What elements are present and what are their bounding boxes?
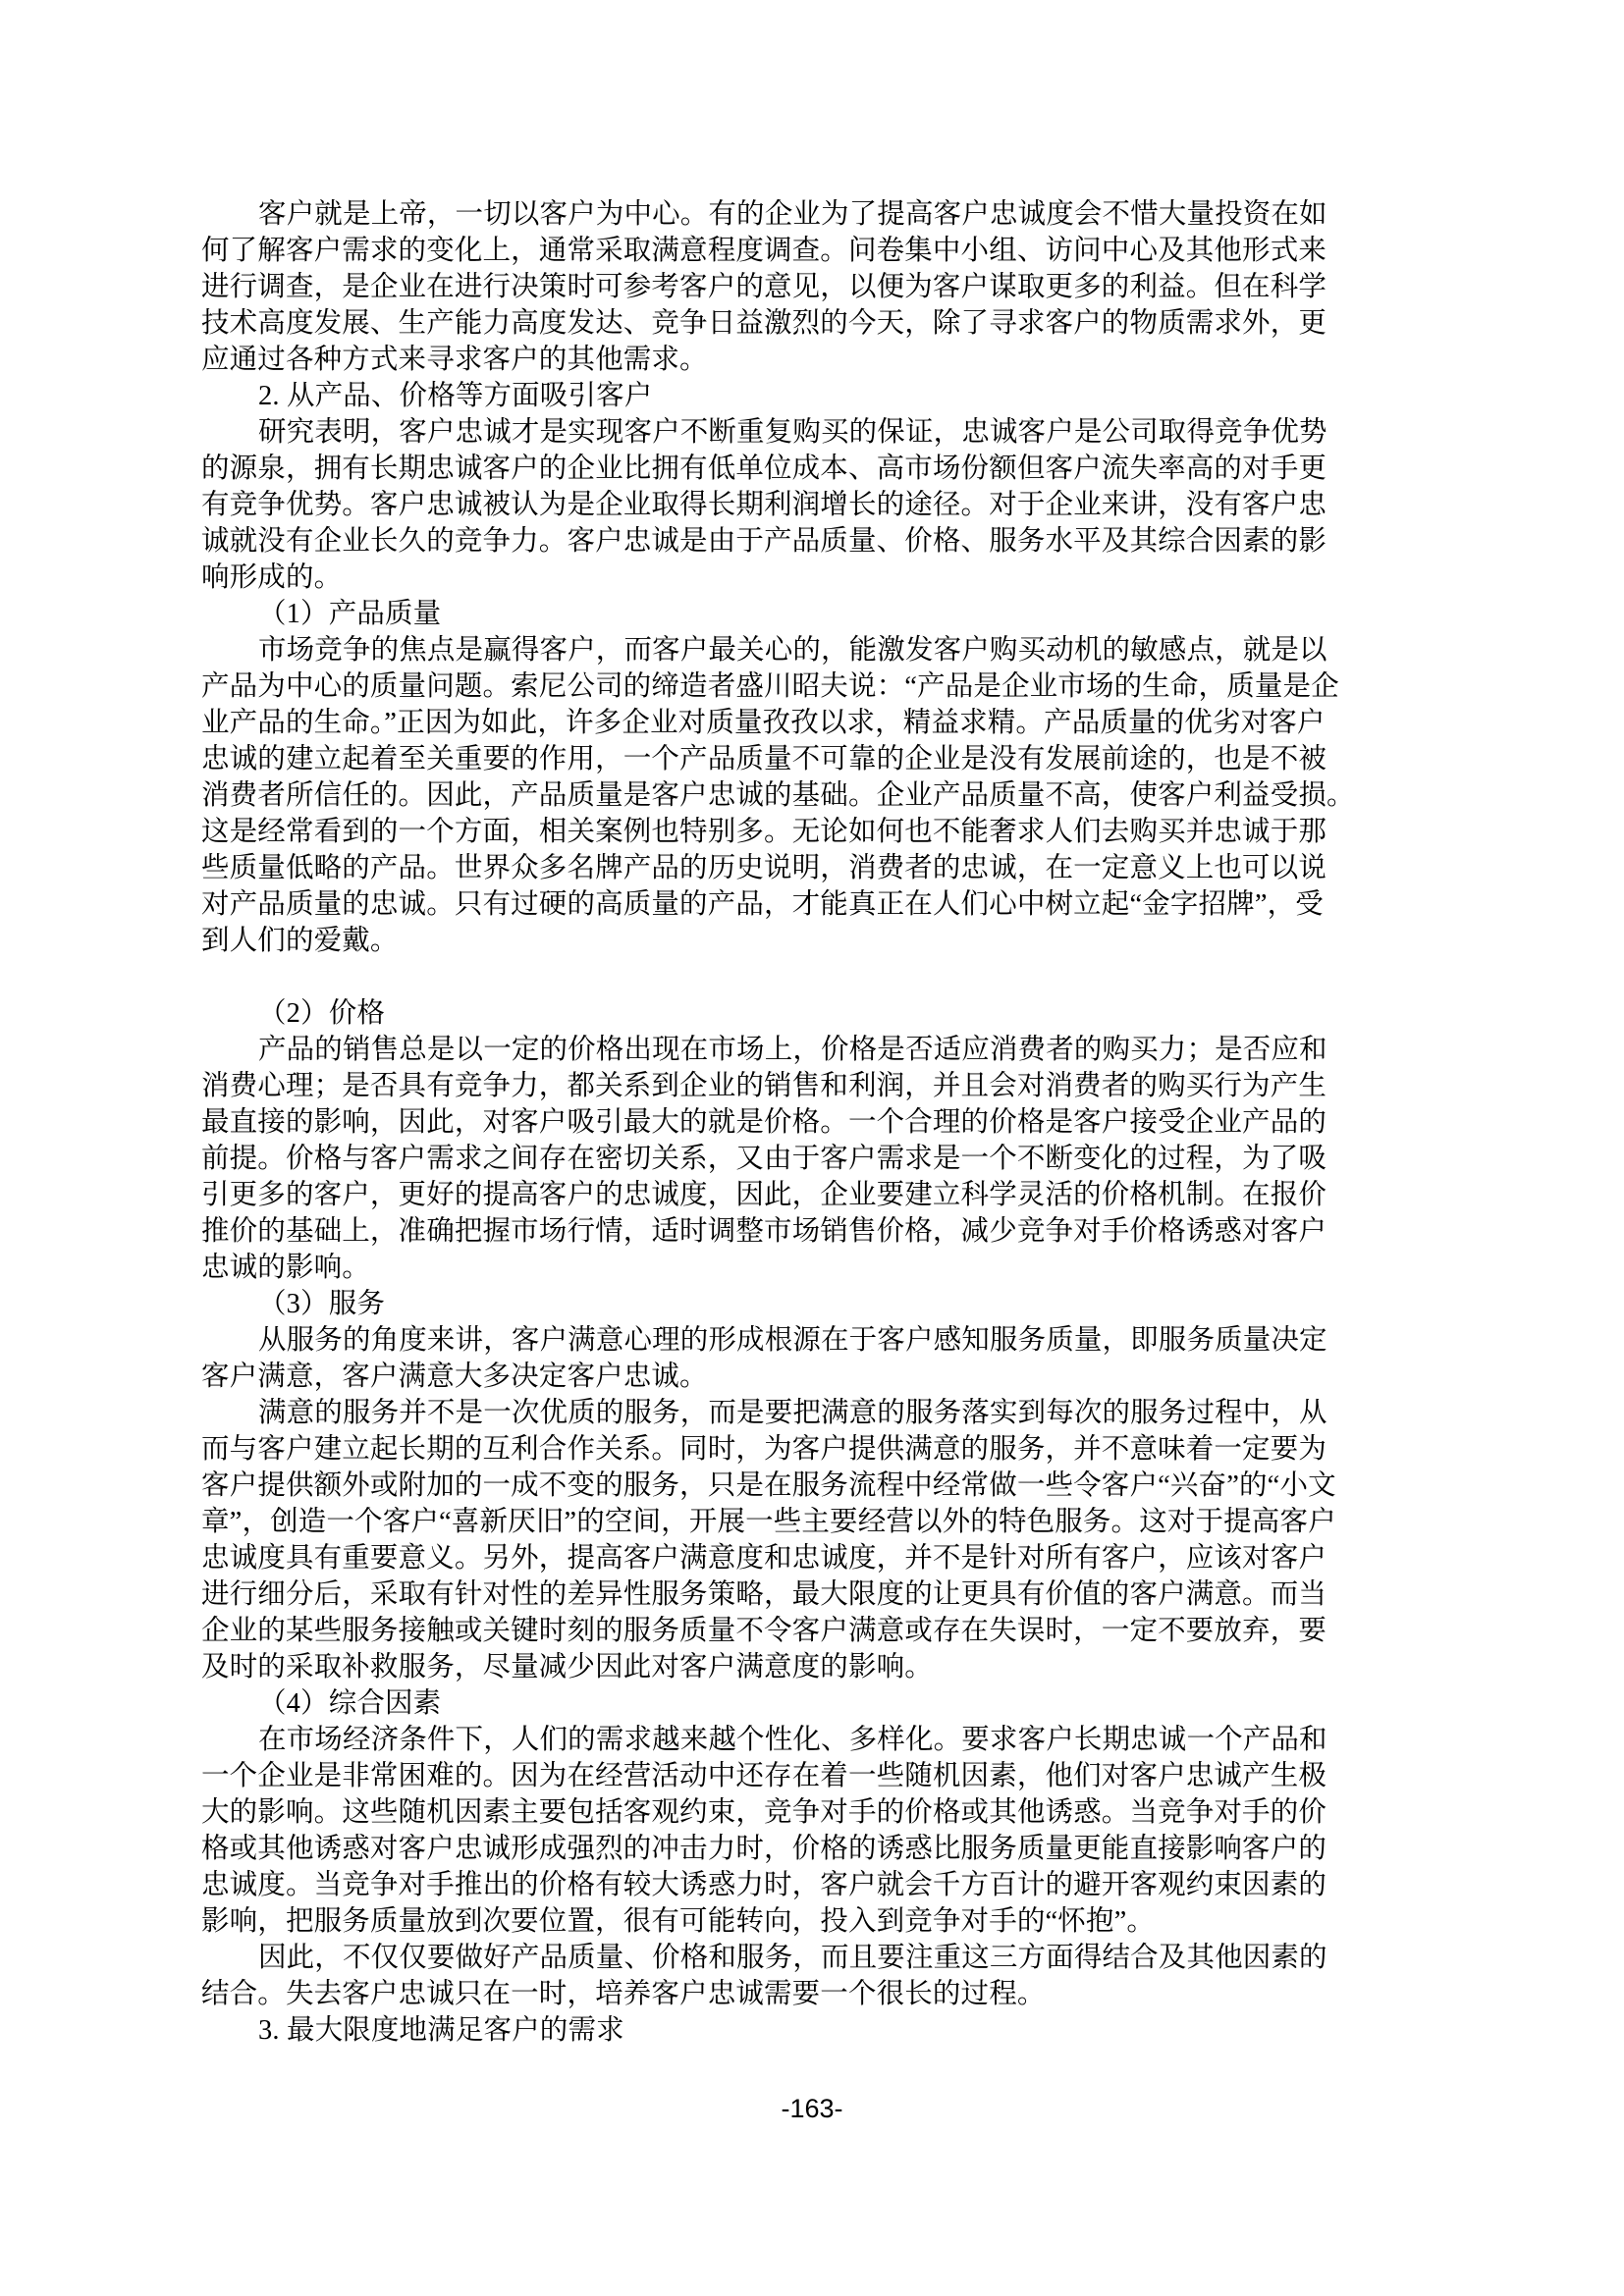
text-line: 忠诚的建立起着至关重要的作用，一个产品质量不可靠的企业是没有发展前途的，也是不被: [201, 741, 1385, 777]
text-line: 影响，把服务质量放到次要位置，很有可能转向，投入到竞争对手的“怀抱”。: [201, 1903, 1385, 1940]
page-number: -163-: [0, 2093, 1624, 2124]
text-line: 及时的采取补救服务，尽量减少因此对客户满意度的影响。: [201, 1649, 1385, 1685]
text-line: 进行调查，是企业在进行决策时可参考客户的意见，以便为客户谋取更多的利益。但在科学: [201, 269, 1385, 305]
text-line: 企业的某些服务接触或关键时刻的服务质量不令客户满意或存在失误时，一定不要放弃，要: [201, 1613, 1385, 1649]
text-line: 技术高度发展、生产能力高度发达、竞争日益激烈的今天，除了寻求客户的物质需求外，更: [201, 305, 1385, 342]
text-line: 在市场经济条件下，人们的需求越来越个性化、多样化。要求客户长期忠诚一个产品和: [201, 1722, 1385, 1758]
text-line: 推价的基础上，准确把握市场行情，适时调整市场销售价格，减少竞争对手价格诱惑对客户: [201, 1213, 1385, 1250]
text-line: （4）综合因素: [201, 1685, 1385, 1722]
text-line: 响形成的。: [201, 560, 1385, 596]
text-line: 忠诚度。当竞争对手推出的价格有较大诱惑力时，客户就会千方百计的避开客观约束因素的: [201, 1867, 1385, 1903]
text-line: 到人们的爱戴。: [201, 923, 1385, 959]
text-line: 研究表明，客户忠诚才是实现客户不断重复购买的保证，忠诚客户是公司取得竞争优势: [201, 414, 1385, 451]
text-line: 客户就是上帝，一切以客户为中心。有的企业为了提高客户忠诚度会不惜大量投资在如: [201, 196, 1385, 233]
blank-line: [201, 959, 1385, 995]
document-page: 客户就是上帝，一切以客户为中心。有的企业为了提高客户忠诚度会不惜大量投资在如何了…: [0, 0, 1624, 2296]
text-line: 的源泉，拥有长期忠诚客户的企业比拥有低单位成本、高市场份额但客户流失率高的对手更: [201, 451, 1385, 487]
text-line: 3. 最大限度地满足客户的需求: [201, 2012, 1385, 2049]
text-line: 市场竞争的焦点是赢得客户，而客户最关心的，能激发客户购买动机的敏感点，就是以: [201, 632, 1385, 668]
text-line: 一个企业是非常困难的。因为在经营活动中还存在着一些随机因素，他们对客户忠诚产生极: [201, 1758, 1385, 1794]
text-line: 消费心理；是否具有竞争力，都关系到企业的销售和利润，并且会对消费者的购买行为产生: [201, 1068, 1385, 1104]
text-line: 从服务的角度来讲，客户满意心理的形成根源在于客户感知服务质量，即服务质量决定: [201, 1322, 1385, 1359]
text-line: 而与客户建立起长期的互利合作关系。同时，为客户提供满意的服务，并不意味着一定要为: [201, 1431, 1385, 1468]
text-line: 忠诚的影响。: [201, 1250, 1385, 1286]
text-line: 章”，创造一个客户“喜新厌旧”的空间，开展一些主要经营以外的特色服务。这对于提高…: [201, 1504, 1385, 1540]
text-line: 产品为中心的质量问题。索尼公司的缔造者盛川昭夫说：“产品是企业市场的生命，质量是…: [201, 668, 1385, 705]
text-line: 结合。失去客户忠诚只在一时，培养客户忠诚需要一个很长的过程。: [201, 1976, 1385, 2012]
text-line: 进行细分后，采取有针对性的差异性服务策略，最大限度的让更具有价值的客户满意。而当: [201, 1576, 1385, 1613]
text-line: 2. 从产品、价格等方面吸引客户: [201, 378, 1385, 414]
text-line: 格或其他诱惑对客户忠诚形成强烈的冲击力时，价格的诱惑比服务质量更能直接影响客户的: [201, 1831, 1385, 1867]
text-line: 引更多的客户，更好的提高客户的忠诚度，因此，企业要建立科学灵活的价格机制。在报价: [201, 1177, 1385, 1213]
text-line: 对产品质量的忠诚。只有过硬的高质量的产品，才能真正在人们心中树立起“金字招牌”，…: [201, 886, 1385, 923]
text-line: 客户提供额外或附加的一成不变的服务，只是在服务流程中经常做一些令客户“兴奋”的“…: [201, 1468, 1385, 1504]
text-line: 因此，不仅仅要做好产品质量、价格和服务，而且要注重这三方面得结合及其他因素的: [201, 1940, 1385, 1976]
text-line: 业产品的生命。”正因为如此，许多企业对质量孜孜以求，精益求精。产品质量的优劣对客…: [201, 705, 1385, 741]
text-line: 大的影响。这些随机因素主要包括客观约束，竞争对手的价格或其他诱惑。当竞争对手的价: [201, 1794, 1385, 1831]
text-line: 诚就没有企业长久的竞争力。客户忠诚是由于产品质量、价格、服务水平及其综合因素的影: [201, 523, 1385, 560]
text-line: 前提。价格与客户需求之间存在密切关系，又由于客户需求是一个不断变化的过程，为了吸: [201, 1141, 1385, 1177]
text-line: 满意的服务并不是一次优质的服务，而是要把满意的服务落实到每次的服务过程中，从: [201, 1395, 1385, 1431]
text-line: 这是经常看到的一个方面，相关案例也特别多。无论如何也不能奢求人们去购买并忠诚于那: [201, 814, 1385, 850]
text-line: 些质量低略的产品。世界众多名牌产品的历史说明，消费者的忠诚，在一定意义上也可以说: [201, 850, 1385, 886]
text-line: 忠诚度具有重要意义。另外，提高客户满意度和忠诚度，并不是针对所有客户，应该对客户: [201, 1540, 1385, 1576]
text-line: （1）产品质量: [201, 596, 1385, 632]
text-line: 产品的销售总是以一定的价格出现在市场上，价格是否适应消费者的购买力；是否应和: [201, 1032, 1385, 1068]
text-line: （2）价格: [201, 995, 1385, 1032]
text-line: 何了解客户需求的变化上，通常采取满意程度调查。问卷集中小组、访问中心及其他形式来: [201, 233, 1385, 269]
text-line: 客户满意，客户满意大多决定客户忠诚。: [201, 1359, 1385, 1395]
text-line: 最直接的影响，因此，对客户吸引最大的就是价格。一个合理的价格是客户接受企业产品的: [201, 1104, 1385, 1141]
text-line: 应通过各种方式来寻求客户的其他需求。: [201, 342, 1385, 378]
text-line: 消费者所信任的。因此，产品质量是客户忠诚的基础。企业产品质量不高，使客户利益受损…: [201, 777, 1385, 814]
text-line: 有竞争优势。客户忠诚被认为是企业取得长期利润增长的途径。对于企业来讲，没有客户忠: [201, 487, 1385, 523]
text-line: （3）服务: [201, 1286, 1385, 1322]
text-block: 客户就是上帝，一切以客户为中心。有的企业为了提高客户忠诚度会不惜大量投资在如何了…: [201, 196, 1385, 2049]
